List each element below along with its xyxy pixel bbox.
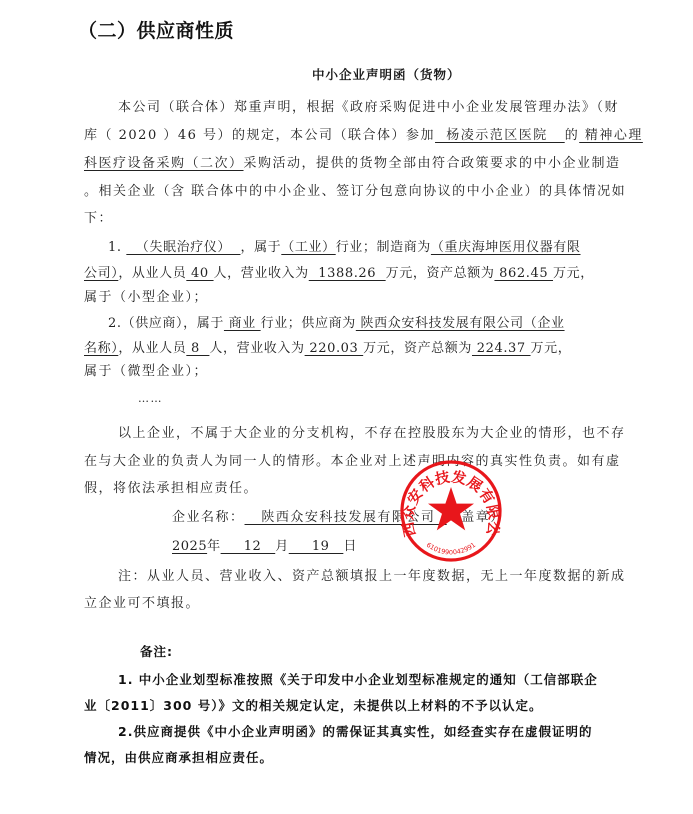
intro-line-2-prefix: 库（ 2020 ）46 号）的规定，本公司（联合体）参加 (84, 128, 435, 143)
item-revenue: 220.03 (305, 341, 364, 356)
intro-line-5: 下： (84, 207, 113, 226)
item-maker-cont: 公司） (84, 266, 118, 281)
seal-label: （盖章） (447, 510, 505, 525)
intro-of: 的 (565, 128, 580, 143)
item-assets-label: 万元，资产总额为 (386, 266, 495, 281)
enterprise-item-1: 1. （失眠治疗仪） ，属于（工业）行业；制造商为（重庆海坤医用仪器有限 (108, 236, 581, 255)
item-industry: 商业 (224, 316, 261, 331)
item-staff-label: ，从业人员 (118, 341, 186, 356)
item-assets-label: 万元，资产总额为 (363, 341, 472, 356)
statement-line-1: 以上企业，不属于大企业的分支机构，不存在控股股东为大企业的情形，也不存 (118, 422, 626, 441)
item-staff-label: ，从业人员 (118, 266, 186, 281)
remarks-item-2-line-1: 2.供应商提供《中小企业声明函》的需保证其真实性，如经查实存在虚假证明的 (118, 722, 592, 740)
company-label: 企业名称： (172, 510, 245, 525)
project-name-part1: 精神心理 (579, 128, 643, 143)
intro-line-1: 本公司（联合体）郑重声明，根据《政府采购促进中小企业发展管理办法》（财 (118, 96, 619, 115)
enterprise-item-1-size: 属于（小型企业）； (84, 286, 208, 305)
year-unit: 年 (207, 539, 221, 554)
note-line-1: 注：从业人员、营业收入、资产总额填报上一年度数据，无上一年度数据的新成 (118, 565, 626, 584)
svg-text:6101990042991: 6101990042991 (425, 541, 477, 557)
item-maker: 陕西众安科技发展有限公司（企业 (356, 316, 565, 331)
enterprise-item-1-line-2: 公司），从业人员 40 人，营业收入为 1388.26 万元，资产总额为 862… (84, 262, 594, 281)
item-index: 1. (108, 240, 122, 255)
item-maker-label: 行业；制造商为 (336, 240, 431, 255)
intro-line-2: 库（ 2020 ）46 号）的规定，本公司（联合体）参加 杨凌示范区医院 的 精… (84, 124, 643, 143)
signature-date: 2025年 12 月 19 日 (172, 535, 357, 554)
company-signature: 企业名称： 陕西众安科技发展有限公司 （盖章） (172, 506, 505, 525)
statement-line-2: 在与大企业的负责人为同一人的情形。本企业对上述声明内容的真实性负责。如有虚 (84, 450, 621, 469)
item-sep: ，属于 (183, 316, 224, 331)
item-industry: （工业） (281, 240, 335, 255)
seal-code: 6101990042991 (425, 541, 477, 557)
enterprise-item-2-line-2: 名称），从业人员 8 人，营业收入为 220.03 万元，资产总额为 224.3… (84, 337, 571, 356)
item-unit: 万元， (531, 341, 572, 356)
item-revenue: 1388.26 (309, 266, 386, 281)
item-maker: （重庆海坤医用仪器有限 (431, 240, 581, 255)
company-name: 陕西众安科技发展有限公司 (245, 510, 447, 525)
intro-line-3: 科医疗设备采购（二次）采购活动，提供的货物全部由符合政策要求的中小企业制造 (84, 152, 621, 171)
item-staff: 40 (186, 266, 213, 281)
item-maker-cont: 名称） (84, 341, 118, 356)
date-day: 19 (289, 539, 344, 554)
item-assets: 862.45 (494, 266, 553, 281)
buyer-name: 杨凌示范区医院 (435, 128, 565, 143)
note-line-2: 立企业可不填报。 (84, 592, 200, 611)
project-name-part2: 科医疗设备采购（二次） (84, 156, 244, 171)
intro-line-4: 。相关企业（含 联合体中的中小企业、签订分包意向协议的中小企业）的具体情况如 (84, 180, 626, 199)
enterprise-item-2: 2.（供应商），属于 商业 行业；供应商为 陕西众安科技发展有限公司（企业 (108, 312, 565, 331)
seal-text: 陕西众安科技发展有限公司 (399, 459, 503, 538)
section-title: （二）供应商性质 (78, 16, 234, 43)
declaration-title: 中小企业声明函（货物） (312, 65, 461, 83)
svg-text:陕西众安科技发展有限公司: 陕西众安科技发展有限公司 (399, 459, 503, 538)
item-staff: 8 (186, 341, 209, 356)
item-goods: （供应商） (122, 316, 184, 331)
item-revenue-label: 人，营业收入为 (214, 266, 309, 281)
item-revenue-label: 人，营业收入为 (209, 341, 304, 356)
item-goods: （失眠治疗仪） (126, 240, 240, 255)
item-unit: 万元， (553, 266, 594, 281)
date-year: 2025 (172, 539, 207, 554)
month-unit: 月 (275, 539, 289, 554)
item-assets: 224.37 (472, 341, 531, 356)
item-maker-label: 行业；供应商为 (261, 316, 356, 331)
remarks-item-2-line-2: 情况，由供应商承担相应责任。 (84, 748, 273, 766)
enterprise-item-2-size: 属于（微型企业）； (84, 360, 208, 379)
statement-line-3: 假，将依法承担相应责任。 (84, 477, 258, 496)
intro-line-3-suffix: 采购活动，提供的货物全部由符合政策要求的中小企业制造 (244, 156, 621, 171)
day-unit: 日 (343, 539, 357, 554)
item-sep: ，属于 (240, 240, 281, 255)
item-index: 2. (108, 316, 122, 331)
remarks-item-1-line-1: 1. 中小企业划型标准按照《关于印发中小企业划型标准规定的通知（工信部联企 (118, 670, 598, 688)
date-month: 12 (221, 539, 276, 554)
remarks-title: 备注: (140, 642, 173, 660)
ellipsis: …… (138, 392, 163, 405)
remarks-item-1-line-2: 业〔2011〕300 号）》文的相关规定认定，未提供以上材料的不予以认定。 (84, 696, 543, 714)
